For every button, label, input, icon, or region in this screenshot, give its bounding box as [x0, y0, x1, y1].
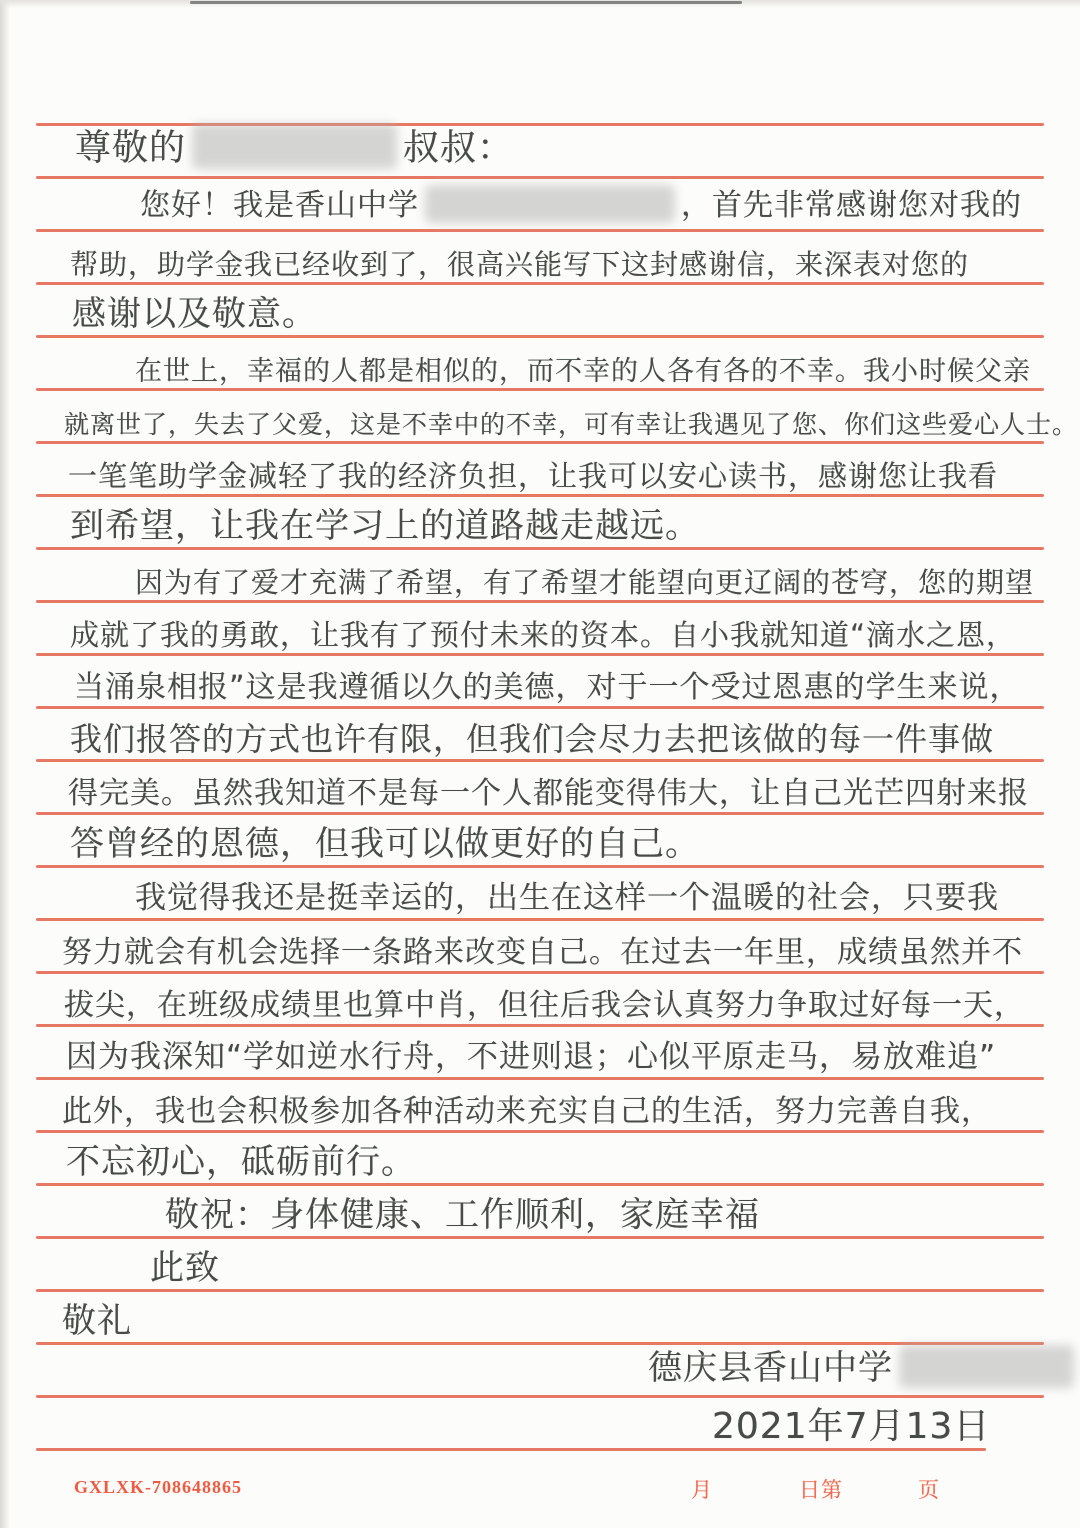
- footer-page-field-第: 第: [821, 1474, 842, 1504]
- handwritten-text: 答曾经的恩德，但我可以做更好的自己。: [70, 824, 700, 864]
- footer-page-field-页: 页: [918, 1474, 939, 1504]
- letter-line: 因为我深知“学如逆水行舟，不进则退；心似平原走马，易放难追”: [66, 1040, 996, 1076]
- ruled-line: [36, 971, 1044, 974]
- handwritten-text: 拔尖，在班级成绩里也算中肖，但往后我会认真努力争取过好每一天，: [64, 988, 1025, 1023]
- handwritten-text: 得完美。虽然我知道不是每一个人都能变得伟大，让自己光芒四射来报: [68, 776, 1029, 811]
- letter-line: 在世上，幸福的人都是相似的，而不幸的人各有各的不幸。我小时候父亲: [135, 356, 1031, 387]
- letter-line: 我们报答的方式也许有限，但我们会尽力去把该做的每一件事做: [70, 721, 994, 758]
- handwritten-text: 尊敬的: [75, 127, 186, 168]
- handwritten-text: 当涌泉相报”这是我遵循以久的美德，对于一个受过恩惠的学生来说，: [74, 670, 1021, 705]
- handwritten-text: 我们报答的方式也许有限，但我们会尽力去把该做的每一件事做: [70, 720, 994, 758]
- handwritten-text: 到希望，让我在学习上的道路越走越远。: [70, 506, 700, 546]
- letter-line: 就离世了，失去了父爱，这是不幸中的不幸，可有幸让我遇见了您、你们这些爱心人士。: [64, 411, 1078, 440]
- ruled-line: [36, 600, 1044, 603]
- redacted-name-blur: [899, 1345, 1074, 1388]
- handwritten-text: ，首先非常感谢您对我的: [681, 188, 1022, 223]
- handwritten-text: 2021年7月13日: [712, 1406, 990, 1447]
- letter-line: 敬祝：身体健康、工作顺利，家庭幸福: [165, 1196, 760, 1235]
- letter-line: 成就了我的勇敢，让我有了预付未来的资本。自小我就知道“滴水之恩，: [70, 619, 1016, 652]
- handwritten-text: 因为有了爱才充满了希望，有了希望才能望向更辽阔的苍穹，您的期望: [135, 566, 1034, 599]
- ruled-line: [36, 1289, 1044, 1292]
- ruled-line: [36, 812, 1044, 815]
- handwritten-text: 此外，我也会积极参加各种活动来充实自己的生活，努力完善自我，: [62, 1094, 992, 1129]
- ruled-line: [36, 494, 1044, 497]
- handwritten-text: 您好！我是香山中学: [140, 188, 419, 223]
- ruled-line: [36, 1077, 1044, 1080]
- ruled-line: [36, 176, 1044, 179]
- letter-line: 得完美。虽然我知道不是每一个人都能变得伟大，让自己光芒四射来报: [68, 777, 1029, 812]
- ruled-line: [36, 653, 1044, 656]
- ruled-line: [36, 918, 1044, 921]
- handwritten-text: 在世上，幸福的人都是相似的，而不幸的人各有各的不幸。我小时候父亲: [135, 356, 1031, 387]
- ruled-line: [36, 229, 1044, 232]
- handwritten-text: 叔叔：: [403, 127, 514, 168]
- letter-line: 当涌泉相报”这是我遵循以久的美德，对于一个受过恩惠的学生来说，: [74, 671, 1021, 706]
- letter-line: 因为有了爱才充满了希望，有了希望才能望向更辽阔的苍穹，您的期望: [135, 567, 1034, 599]
- letter-page: 尊敬的叔叔：您好！我是香山中学，首先非常感谢您对我的帮助，助学金我已经收到了，很…: [0, 0, 1080, 1528]
- letter-line: 一笔笔助学金减轻了我的经济负担，让我可以安心读书，感谢您让我看: [68, 460, 998, 493]
- letter-line: 不忘初心，砥砺前行。: [66, 1143, 416, 1182]
- ruled-line: [36, 335, 1044, 338]
- letter-line: 此致: [150, 1249, 220, 1288]
- ruled-line: [36, 1183, 1044, 1186]
- handwritten-text: 因为我深知“学如逆水行舟，不进则退；心似平原走马，易放难追”: [66, 1039, 996, 1075]
- footer-page-field-日: 日: [799, 1474, 820, 1504]
- handwritten-text: 努力就会有机会选择一条路来改变自己。在过去一年里，成绩虽然并不: [62, 935, 1023, 970]
- handwritten-text: 帮助，助学金我已经收到了，很高兴能写下这封感谢信，来深表对您的: [70, 248, 969, 281]
- letter-line: 帮助，助学金我已经收到了，很高兴能写下这封感谢信，来深表对您的: [70, 249, 969, 281]
- letter-line: 此外，我也会积极参加各种活动来充实自己的生活，努力完善自我，: [62, 1095, 992, 1130]
- ruled-line: [36, 759, 1044, 762]
- footer-page-field-月: 月: [691, 1474, 712, 1504]
- letter-line: 2021年7月13日: [712, 1406, 990, 1447]
- letter-line: 您好！我是香山中学，首先非常感谢您对我的: [140, 185, 1022, 228]
- ruled-line: [36, 1448, 986, 1451]
- letter-line: 敬礼: [62, 1302, 132, 1341]
- handwritten-text: 成就了我的勇敢，让我有了预付未来的资本。自小我就知道“滴水之恩，: [70, 618, 1016, 652]
- letter-line: 尊敬的叔叔：: [75, 124, 514, 175]
- ruled-line: [36, 388, 1044, 391]
- handwritten-text: 就离世了，失去了父爱，这是不幸中的不幸，可有幸让我遇见了您、你们这些爱心人士。: [64, 410, 1078, 439]
- ruled-line: [36, 547, 1044, 550]
- letter-line: 德庆县香山中学: [648, 1345, 1080, 1394]
- handwritten-text: 敬礼: [62, 1301, 132, 1341]
- handwritten-text: 一笔笔助学金减轻了我的经济负担，让我可以安心读书，感谢您让我看: [68, 459, 998, 493]
- handwritten-text: 此致: [150, 1248, 220, 1288]
- ruled-line: [36, 441, 1044, 444]
- letter-line: 到希望，让我在学习上的道路越走越远。: [70, 507, 700, 546]
- letter-line: 答曾经的恩德，但我可以做更好的自己。: [70, 825, 700, 864]
- redacted-name-blur: [192, 124, 397, 169]
- letter-line: 拔尖，在班级成绩里也算中肖，但往后我会认真努力争取过好每一天，: [64, 989, 1025, 1024]
- ruled-line: [36, 1236, 1044, 1239]
- ruled-line: [36, 1024, 1044, 1027]
- ruled-line: [36, 1395, 1044, 1398]
- ruled-line: [36, 706, 1044, 709]
- handwritten-text: 不忘初心，砥砺前行。: [66, 1142, 416, 1182]
- stationery-serial-number: GXLXK-708648865: [74, 1477, 242, 1498]
- scan-edge-shadow-left: [0, 0, 10, 1528]
- letter-line: 我觉得我还是挺幸运的，出生在这样一个温暖的社会，只要我: [135, 881, 999, 917]
- ruled-line: [36, 282, 1044, 285]
- handwritten-text: 德庆县香山中学: [648, 1348, 893, 1388]
- letter-line: 感谢以及敬意。: [72, 295, 317, 334]
- handwritten-text: 感谢以及敬意。: [72, 294, 317, 334]
- page-top-edge-line: [190, 1, 742, 4]
- handwritten-text: 我觉得我还是挺幸运的，出生在这样一个温暖的社会，只要我: [135, 880, 999, 916]
- ruled-line: [36, 865, 1044, 868]
- redacted-name-blur: [425, 185, 675, 223]
- ruled-line: [36, 1130, 1044, 1133]
- letter-line: 努力就会有机会选择一条路来改变自己。在过去一年里，成绩虽然并不: [62, 936, 1023, 971]
- handwritten-text: 敬祝：身体健康、工作顺利，家庭幸福: [165, 1195, 760, 1235]
